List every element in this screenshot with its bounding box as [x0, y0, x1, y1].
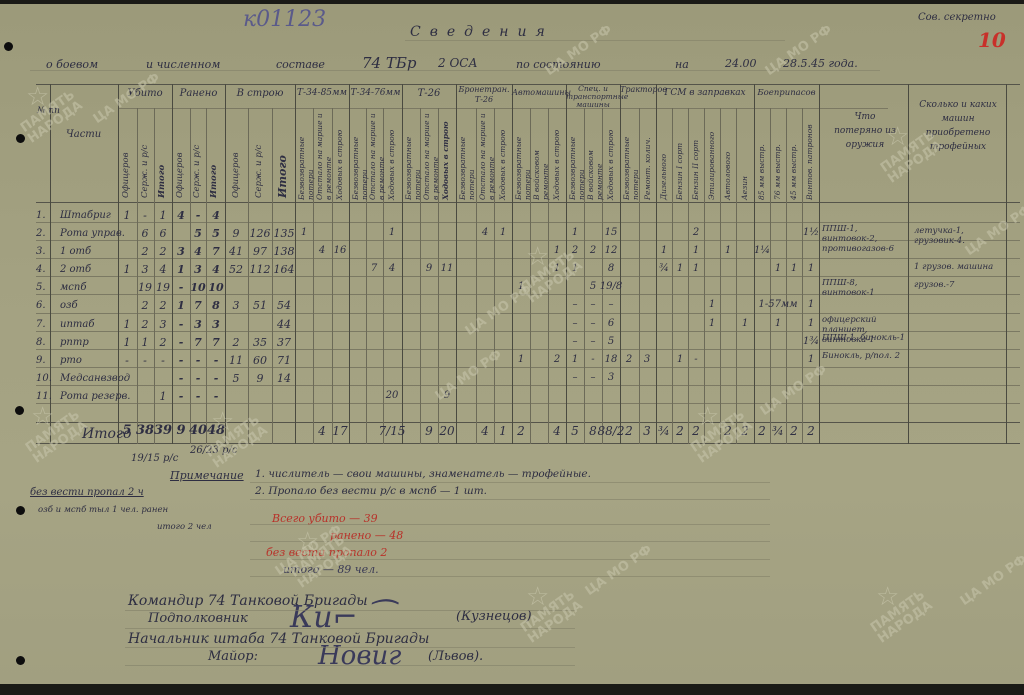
table-cell: 9 — [426, 263, 432, 274]
table-cell: 1 — [661, 245, 667, 256]
watermark-camo: ЦА МО РФ — [583, 543, 654, 598]
table-cell: - — [143, 209, 147, 222]
table-cell: 15 — [605, 227, 618, 238]
table-cell: 2 — [758, 424, 766, 438]
row-number: 3. — [36, 246, 46, 257]
table-cell: 2 — [142, 299, 149, 312]
table-cell: – — [591, 299, 596, 310]
table-cell: 88/2 — [598, 424, 625, 438]
unit-name: иптаб — [60, 319, 94, 330]
subheader: В войсковом ремонте — [532, 112, 546, 200]
table-cell: - — [125, 354, 129, 367]
table-cell: 4 — [482, 227, 488, 238]
table-cell: 10 — [190, 281, 205, 294]
chief-of-staff-rank: Майор: — [208, 649, 258, 664]
table-cell: 5 — [194, 227, 202, 240]
table-cell: 5 — [571, 424, 579, 438]
subheader: Серж. и р/с — [193, 124, 202, 198]
subheader: 45 мм выстр. — [789, 114, 798, 200]
table-cell: 1½ — [803, 227, 819, 238]
trophy-note: 1 грузов. машина — [914, 262, 1006, 272]
table-cell: 7 — [212, 245, 220, 258]
chief-of-staff-signature: Новиг — [318, 641, 401, 671]
trophy-note: грузов.-7 — [914, 280, 1006, 290]
table-cell: - — [196, 390, 201, 403]
table-cell: - — [179, 354, 184, 367]
group-header-fuel: ГСМ в заправках — [656, 88, 754, 98]
table-cell: 9 — [425, 424, 433, 438]
commander-rank: Подполковник — [148, 611, 248, 626]
row-number: 4. — [36, 264, 46, 275]
table-cell: 7 — [371, 263, 377, 274]
table-cell: 4 — [319, 245, 325, 256]
table-cell: - — [214, 372, 219, 385]
table-cell: – — [591, 372, 596, 383]
table-cell: 2 — [233, 336, 240, 349]
table-cell: 4 — [177, 209, 185, 222]
table-cell: - — [143, 354, 147, 367]
table-cell: 19 — [138, 281, 152, 294]
table-cell: 4 — [212, 209, 220, 222]
table-cell: 3 — [194, 318, 202, 331]
table-cell: 44 — [277, 318, 291, 331]
subheader: В войсковом ремонте — [586, 112, 600, 200]
subheader: Офицеров — [122, 124, 131, 198]
commander-signature: Ки⌐ ⁀ — [290, 600, 391, 635]
table-cell: - — [161, 354, 165, 367]
table-cell: 1 — [808, 263, 814, 274]
table-cell: 19 — [156, 281, 170, 294]
table-cell: 5 — [212, 227, 220, 240]
subheader: Серж. и р/с — [141, 124, 150, 198]
group-header-tractors: Тракторов — [620, 85, 656, 95]
table-cell: 1 — [572, 227, 578, 238]
table-cell: 1 — [499, 424, 507, 438]
table-cell: 52 — [229, 263, 243, 276]
table-cell: 4 — [553, 424, 561, 438]
table-cell: 2 — [807, 424, 815, 438]
subheader: Аезин — [740, 114, 749, 200]
lost-weapons-note: Бинокль, р/пол. 2 — [822, 351, 908, 361]
subheader: 76 мм выстр. — [773, 114, 782, 200]
document-title: Сведения — [410, 24, 554, 40]
subheader: Ходовых в строю — [335, 112, 344, 200]
table-cell: 1 — [693, 245, 699, 256]
table-cell: 37 — [277, 336, 291, 349]
table-cell: – — [573, 372, 578, 383]
table-cell: 2 — [517, 424, 525, 438]
table-cell: 5 — [590, 281, 596, 292]
table-cell: 1 — [725, 245, 731, 256]
subheader: Отстало на марше и в ремонте — [422, 112, 436, 200]
subheader: Офицеров — [176, 124, 185, 198]
subheader: Бензин I сорт — [675, 114, 684, 200]
subheader: Ходовых в строю — [552, 112, 561, 200]
table-cell: 1 — [124, 209, 131, 222]
subheader: Серж. и р/с — [255, 124, 264, 198]
table-cell: 4 — [318, 424, 326, 438]
table-cell: 1 — [160, 390, 167, 403]
subheader: Ходовых в строю — [387, 112, 396, 200]
table-cell: 1¼ — [754, 245, 770, 256]
table-cell: 1 — [160, 209, 167, 222]
row-number: 7. — [36, 319, 46, 330]
table-cell: 3 — [212, 318, 220, 331]
subheader: Итого — [278, 124, 287, 198]
lost-weapons-note: ППШ-8, винтовок-1 — [822, 278, 908, 298]
table-cell: 1-57мм — [758, 299, 797, 310]
table-cell: - — [179, 318, 184, 331]
total-cell: 40 — [189, 423, 207, 438]
table-cell: 1 — [500, 227, 506, 238]
table-cell: 2 — [142, 245, 149, 258]
table-cell: 7 — [194, 299, 202, 312]
table-cell: 1 — [677, 263, 683, 274]
table-cell: 9 — [233, 227, 240, 240]
unit-name: 1 отб — [60, 246, 91, 257]
subheader: Этилированного — [707, 114, 716, 200]
table-cell: - — [179, 336, 184, 349]
table-cell: 1 — [808, 299, 814, 310]
table-cell: 1 — [775, 263, 781, 274]
table-cell: 2 — [160, 336, 167, 349]
document-page: к01123 Сов. секретно 10 Сведения о боево… — [0, 4, 1024, 684]
table-cell: - — [196, 209, 201, 222]
unit-name: Медсанвзвод — [60, 373, 130, 384]
table-cell: 2 — [790, 424, 798, 438]
unit-name: мспб — [60, 282, 86, 293]
table-cell: 11 — [229, 354, 243, 367]
table-cell: 7 — [212, 336, 220, 349]
table-cell: 1 — [742, 318, 748, 329]
table-cell: 1 — [677, 354, 683, 365]
punch-hole — [16, 506, 25, 515]
table-cell: 6 — [142, 227, 149, 240]
punch-hole — [16, 656, 25, 665]
table-cell: ¾ — [658, 424, 670, 438]
row-number: 2. — [36, 228, 46, 239]
row-number: 5. — [36, 282, 46, 293]
table-cell: 8 — [608, 263, 614, 274]
row-number: 1. — [36, 210, 46, 221]
table-cell: 6 — [608, 318, 614, 329]
subheader: Офицеров — [232, 124, 241, 198]
total-cell: 39 — [154, 423, 172, 438]
table-cell: 10 — [208, 281, 223, 294]
subheader: Безвозвратные потери — [514, 112, 528, 200]
subheader: Безвозвратные потери — [622, 112, 638, 200]
subheader: Ходовых в строю — [498, 112, 507, 200]
table-cell: - — [179, 390, 184, 403]
table-cell: 1 — [389, 227, 395, 238]
table-cell: 2 — [590, 245, 596, 256]
subheader: Безвозвратные потери — [351, 112, 365, 200]
table-cell: 1 — [693, 263, 699, 274]
lost-weapons-note: ППШ-1, винтовок-2, противогазов-6 — [822, 224, 908, 254]
unit-name: рто — [60, 355, 82, 366]
table-cell: 20 — [386, 390, 399, 401]
table-cell: 7/15 — [379, 424, 406, 438]
row-number: 9. — [36, 355, 46, 366]
archive-number: к01123 — [243, 7, 326, 32]
table-cell: 1 — [709, 318, 715, 329]
table-cell: - — [694, 354, 697, 365]
unit-name: Штабриг — [60, 210, 111, 221]
table-cell: 3 — [194, 263, 202, 276]
table-cell: 14 — [277, 372, 291, 385]
table-cell: - — [591, 354, 594, 365]
table-cell: 2 — [693, 227, 699, 238]
table-cell: – — [609, 299, 614, 310]
watermark-camo: ЦА МО РФ — [958, 553, 1024, 608]
table-cell: 8 — [589, 424, 597, 438]
table-cell: - — [196, 372, 201, 385]
table-cell: 11 — [441, 263, 454, 274]
table-cell: 126 — [250, 227, 271, 240]
unit-name: Рота резерв. — [60, 391, 130, 402]
subheader: Отстало на марше и в ремонте — [368, 112, 382, 200]
total-cell: 9 — [176, 423, 185, 438]
table-cell: 20 — [439, 424, 454, 438]
table-cell: 135 — [274, 227, 295, 240]
table-cell: - — [214, 354, 219, 367]
table-cell: 16 — [334, 245, 347, 256]
table-cell: 18 — [605, 354, 618, 365]
table-cell: ¾ — [772, 424, 784, 438]
table-cell: 41 — [229, 245, 243, 258]
classification-mark: Сов. секретно — [918, 12, 996, 23]
table-cell: 1 — [518, 354, 524, 365]
table-cell: - — [196, 354, 201, 367]
subheader: Безвозвратные потери — [458, 112, 474, 200]
table-cell: 5 — [233, 372, 240, 385]
table-cell: 60 — [253, 354, 267, 367]
table-cell: 2 — [626, 354, 632, 365]
table-cell: 1 — [572, 354, 578, 365]
subheader: Ремонт. колич. — [643, 112, 652, 200]
row-number: 11. — [36, 391, 52, 402]
group-header-special-vehicles: Спец. и транспортные машины — [566, 85, 620, 109]
table-cell: – — [573, 336, 578, 347]
subheader: Бензин II сорт — [691, 114, 700, 200]
table-cell: 2 — [160, 299, 167, 312]
table-cell: 2 — [142, 318, 149, 331]
left-note-wounded: озб и мспб тыл 1 чел. ранен — [38, 505, 168, 515]
table-cell: 17 — [332, 424, 347, 438]
subheader: Ходовых в строю — [441, 112, 450, 200]
table-cell: 1 — [177, 299, 185, 312]
table-cell: - — [179, 372, 184, 385]
group-header-t26: Т-26 — [402, 88, 456, 99]
group-header-in-line: В строю — [225, 88, 295, 99]
subheader: Винтов. патронов — [805, 114, 814, 200]
table-cell: 4 — [389, 263, 395, 274]
table-cell: 1 — [808, 354, 814, 365]
table-cell: – — [591, 336, 596, 347]
subheader: Безвозвратные потери — [297, 112, 311, 200]
unit-name: рптр — [60, 337, 89, 348]
table-cell: 71 — [277, 354, 291, 367]
group-header-wounded: Ранено — [172, 88, 225, 99]
table-cell: 2 — [160, 245, 167, 258]
table-cell: 4 — [194, 245, 202, 258]
subheader: Итого — [158, 124, 167, 198]
table-cell: 4 — [212, 263, 220, 276]
table-cell: 2 — [625, 424, 633, 438]
table-cell: - — [214, 390, 219, 403]
table-cell: 1 — [142, 336, 149, 349]
table-cell: 1¾ — [803, 336, 819, 347]
table-cell: 112 — [250, 263, 271, 276]
table-cell: 54 — [277, 299, 291, 312]
table-cell: 3 — [160, 318, 167, 331]
lost-weapons-note: ППШ-1, бинокль-1 — [822, 333, 908, 343]
table-cell: – — [591, 318, 596, 329]
punch-hole — [15, 406, 24, 415]
table-cell: 2 — [676, 424, 684, 438]
subheader: Автолового — [723, 114, 732, 200]
table-cell: 1 — [177, 263, 185, 276]
side-count-a: 19/15 р/с — [131, 453, 178, 464]
table-cell: 1 — [124, 336, 131, 349]
note-2: 2. Пропало без вести р/с в мспб — 1 шт. — [255, 485, 487, 497]
total-cell: 38 — [136, 423, 154, 438]
group-header-armored-t26: Бронетран. Т-26 — [456, 85, 512, 105]
note-1: 1. числитель — свои машины, знаменатель … — [255, 468, 591, 480]
table-cell: 35 — [253, 336, 267, 349]
table-cell: 3 — [644, 354, 650, 365]
notes-label: Примечание — [170, 469, 244, 482]
table-cell: 1 — [791, 263, 797, 274]
table-cell: 3 — [233, 299, 240, 312]
table-cell: 1 — [709, 299, 715, 310]
table-cell: 7 — [194, 336, 202, 349]
group-header-ammo: Боеприпасов — [754, 88, 819, 98]
group-header-vehicles: Автомашины — [512, 88, 566, 97]
subheader: Дизельного — [659, 114, 668, 200]
table-cell: - — [179, 281, 184, 294]
unit-name: Рота управ. — [60, 228, 125, 239]
left-note-total: итого 2 чел — [157, 522, 212, 532]
table-cell: 12 — [605, 245, 618, 256]
table-cell: 164 — [274, 263, 295, 276]
table-cell: 6 — [160, 227, 167, 240]
table-cell: 1 — [124, 318, 131, 331]
table-cell: 8 — [212, 299, 220, 312]
subheader: Безвозвратные потери — [404, 112, 418, 200]
table-cell: 5 — [608, 336, 614, 347]
group-header-t34-85: Т-34-85мм — [295, 88, 349, 98]
row-number: 10. — [36, 373, 52, 384]
total-cell: 5 — [122, 423, 131, 438]
table-cell: ¾ — [659, 263, 669, 274]
header-units: Части — [66, 129, 101, 140]
table-cell: – — [573, 318, 578, 329]
table-cell: 4 — [481, 424, 489, 438]
table-cell: – — [573, 299, 578, 310]
punch-hole — [16, 134, 25, 143]
table-cell: 4 — [160, 263, 167, 276]
row-number: 6. — [36, 300, 46, 311]
subheader: 85 мм выстр. — [757, 114, 766, 200]
subheader: Ходовых в строю — [606, 112, 615, 200]
group-header-t34-76: Т-34-76мм — [349, 88, 402, 98]
subheader: Отстало на марше и в ремонте — [315, 112, 331, 200]
table-cell: 97 — [253, 245, 267, 258]
table-cell: 3 — [608, 372, 614, 383]
table-cell: 3 — [142, 263, 149, 276]
left-note-missing: без вести пропал 2 ч — [30, 487, 144, 498]
table-cell: 1 — [124, 263, 131, 276]
page-number: 10 — [978, 28, 1006, 52]
table-cell: 138 — [274, 245, 295, 258]
table-cell: 1 — [808, 318, 814, 329]
table-cell: 1 — [775, 318, 781, 329]
table-cell: 19/8 — [600, 281, 622, 292]
chief-of-staff-name: (Львов). — [428, 649, 483, 664]
subheader: Итого — [210, 124, 219, 198]
table-cell: 1 — [301, 227, 307, 238]
table-cell: 3 — [177, 245, 185, 258]
unit-name: 2 отб — [60, 264, 91, 275]
table-cell: 3 — [643, 424, 651, 438]
row-number: 8. — [36, 337, 46, 348]
punch-hole — [4, 42, 13, 51]
subheader: Отстало на марше и в ремонте — [478, 112, 492, 200]
table-cell: 51 — [253, 299, 267, 312]
subheader: Безвозвратные потери — [568, 112, 582, 200]
table-cell: 2 — [554, 354, 560, 365]
unit-name: озб — [60, 300, 78, 311]
table-cell: 9 — [257, 372, 264, 385]
